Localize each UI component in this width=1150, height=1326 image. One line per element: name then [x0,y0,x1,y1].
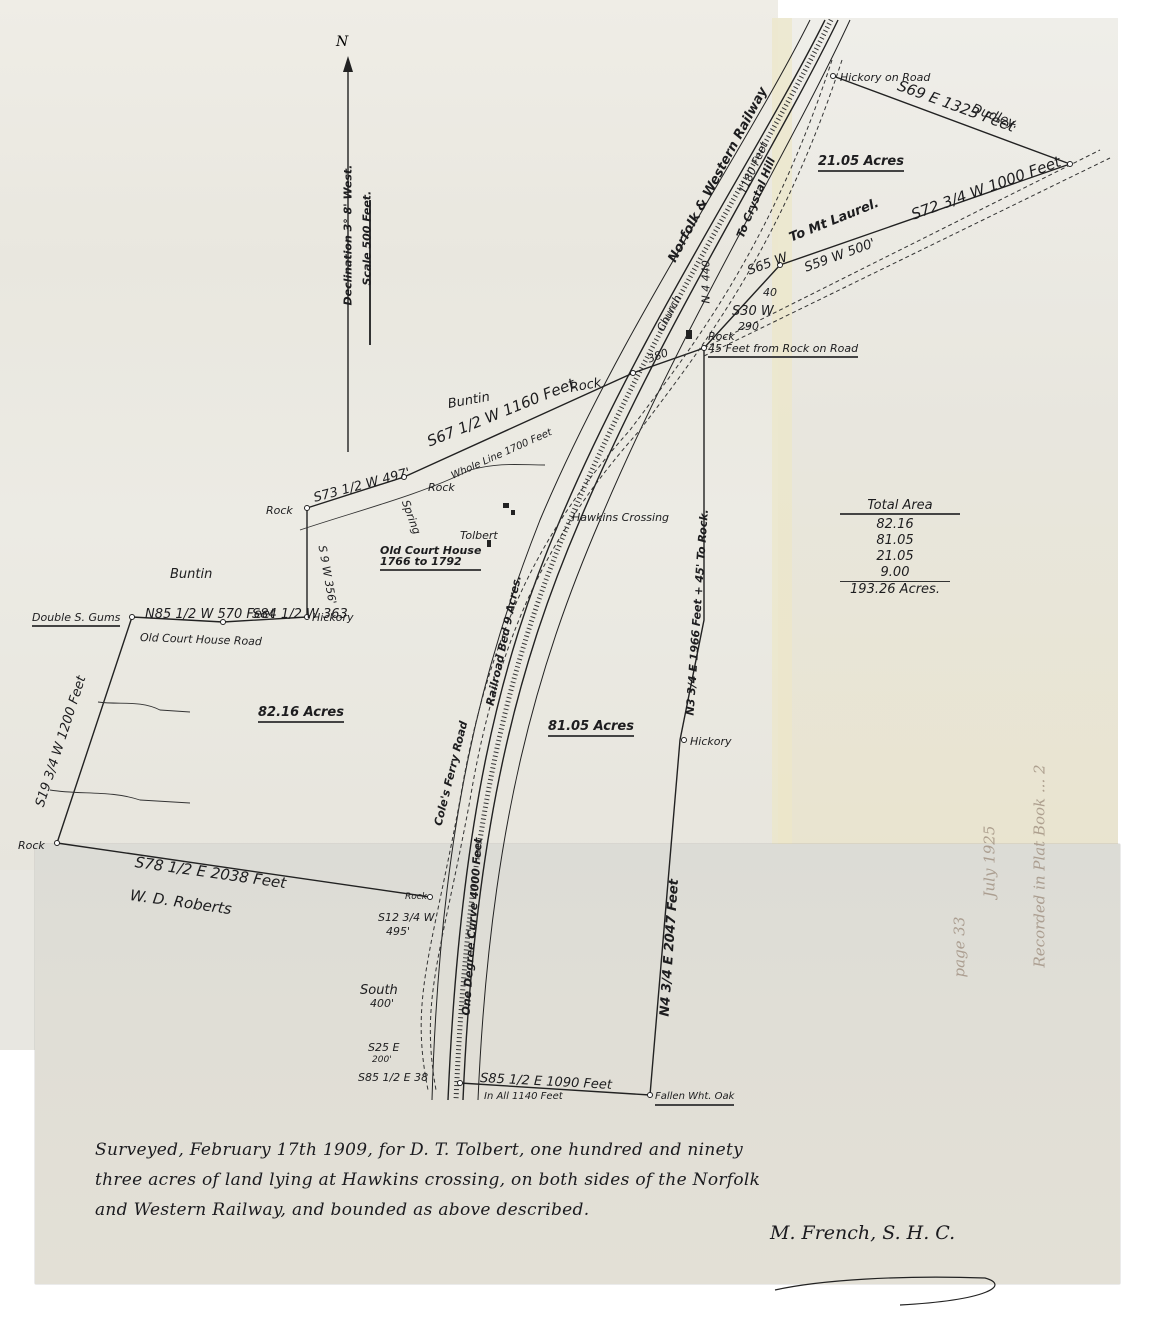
corner-rock-45-feet: 45 Feet from Rock on Road [708,343,858,358]
call-s65w-dist: 40 [763,287,777,298]
north-arrow-label: N [336,34,348,50]
corner-rock-spring: Rock [428,482,455,493]
railway-line-east [463,20,838,1100]
total-area-value: 21.05 [840,549,950,565]
total-area-value: 81.05 [840,533,950,549]
call-s12w: S12 3/4 W [378,912,435,923]
coles-ferry-road [430,60,842,1090]
margin-note-line-1: Recorded in Plat Book ... 2 [1033,764,1048,967]
call-s25e: S25 E [368,1042,399,1053]
margin-note-line-2: July 1925 [983,826,998,898]
tolbert-label: Tolbert [460,530,498,541]
margin-note-line-3: page 33 [953,917,968,978]
corner-hickory-2: Hickory [690,736,732,747]
call-n440: N 4 440 [701,260,712,303]
call-in-all: In All 1140 Feet [484,1092,563,1102]
call-s12w-dist: 495' [386,926,410,937]
total-area-value: 82.16 [840,517,950,533]
corner-rock-sw: Rock [18,840,45,851]
corner-rock-west: Rock [266,505,293,516]
certificate-line-1: Surveyed, February 17th 1909, for D. T. … [95,1140,743,1160]
total-area-sum-value: 193.26 [850,582,896,597]
declination-label: Declination 3° 8' West. [343,165,354,306]
call-south: South [360,984,398,997]
corner-fallen-oak: Fallen Wht. Oak [655,1092,734,1106]
call-s30w: S30 W [732,305,774,318]
total-area-unit: Acres. [900,582,940,597]
signature-flourish [775,1277,995,1305]
corner-rock-nw: Rock [405,893,427,902]
corner-rock-road: Rock [708,331,735,342]
north-arrowhead-icon [343,56,353,72]
boundary-dudley [833,76,1070,164]
tract-81-acres: 81.05 Acres [548,720,634,737]
call-s85e-short: S85 1/2 E 38 [358,1072,428,1083]
total-area-sum: 193.26 Acres. [840,581,950,598]
old-court-house-dates: 1766 to 1792 [380,555,462,568]
certificate-line-3: and Western Railway, and bounded as abov… [95,1200,589,1220]
corner-double-gums: Double S. Gums [32,612,120,627]
boundary-east [650,348,704,1095]
tract-82-acres: 82.16 Acres [258,706,344,723]
total-area-title: Total Area [840,498,960,515]
adjoiner-buntin-west: Buntin [170,568,212,581]
call-s30w-dist: 290 [738,321,759,332]
scale-label: Scale 500 Feet. [362,191,373,286]
call-south-dist: 400' [370,998,394,1009]
old-court-house-label: Old Court House1766 to 1792 [380,545,481,571]
call-s84w: S84 1/2 W 363 [252,608,348,621]
total-area-table: Total Area 82.16 81.05 21.05 9.00 193.26… [840,498,960,598]
hawkins-crossing-label: Hawkins Crossing [572,512,669,523]
railway-track-ties [456,20,831,1100]
surveyor-signature: M. French, S. H. C. [770,1222,955,1244]
tract-21-acres: 21.05 Acres [818,155,904,172]
certificate-line-2: three acres of land lying at Hawkins cro… [95,1170,760,1190]
total-area-value: 9.00 [840,565,950,581]
call-s25e-dist: 200' [372,1056,392,1065]
